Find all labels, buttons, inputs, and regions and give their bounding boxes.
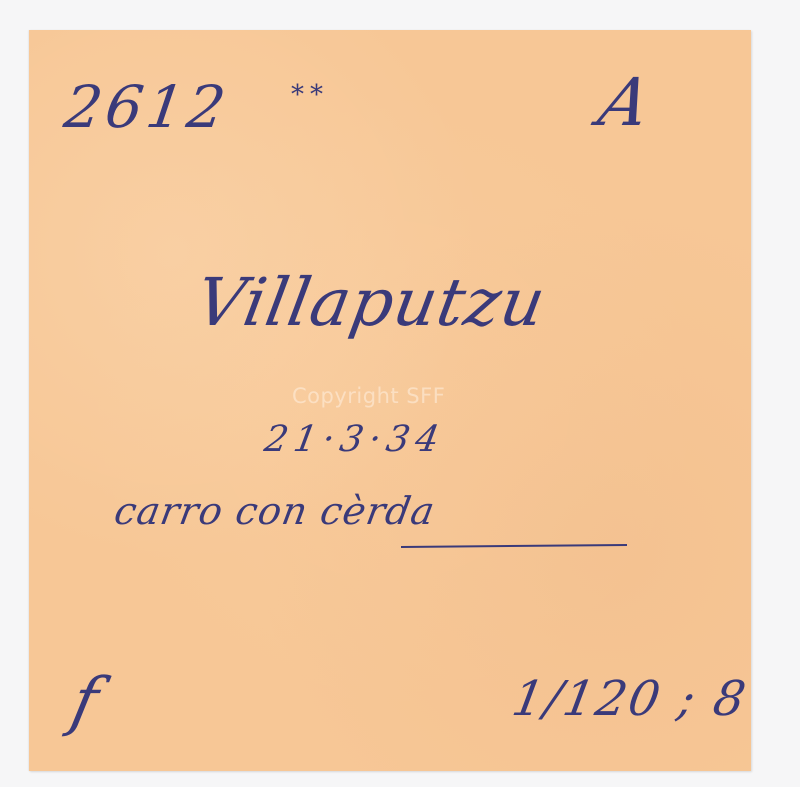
lens-mark: f (66, 670, 103, 734)
caption-underline (401, 544, 627, 548)
catalog-number: 2612 (61, 78, 233, 136)
place-name: Villaputzu (191, 270, 550, 336)
star-marks: ** (291, 82, 329, 108)
grade-letter: A (593, 70, 657, 136)
exposure-settings: 1/120 ; 8 (509, 675, 751, 723)
date: 21·3·34 (262, 422, 448, 458)
caption: carro con cèrda (112, 492, 439, 530)
copyright-watermark: Copyright SFF (292, 384, 445, 408)
archive-card: 2612 ** A Villaputzu Copyright SFF 21·3·… (29, 30, 751, 771)
